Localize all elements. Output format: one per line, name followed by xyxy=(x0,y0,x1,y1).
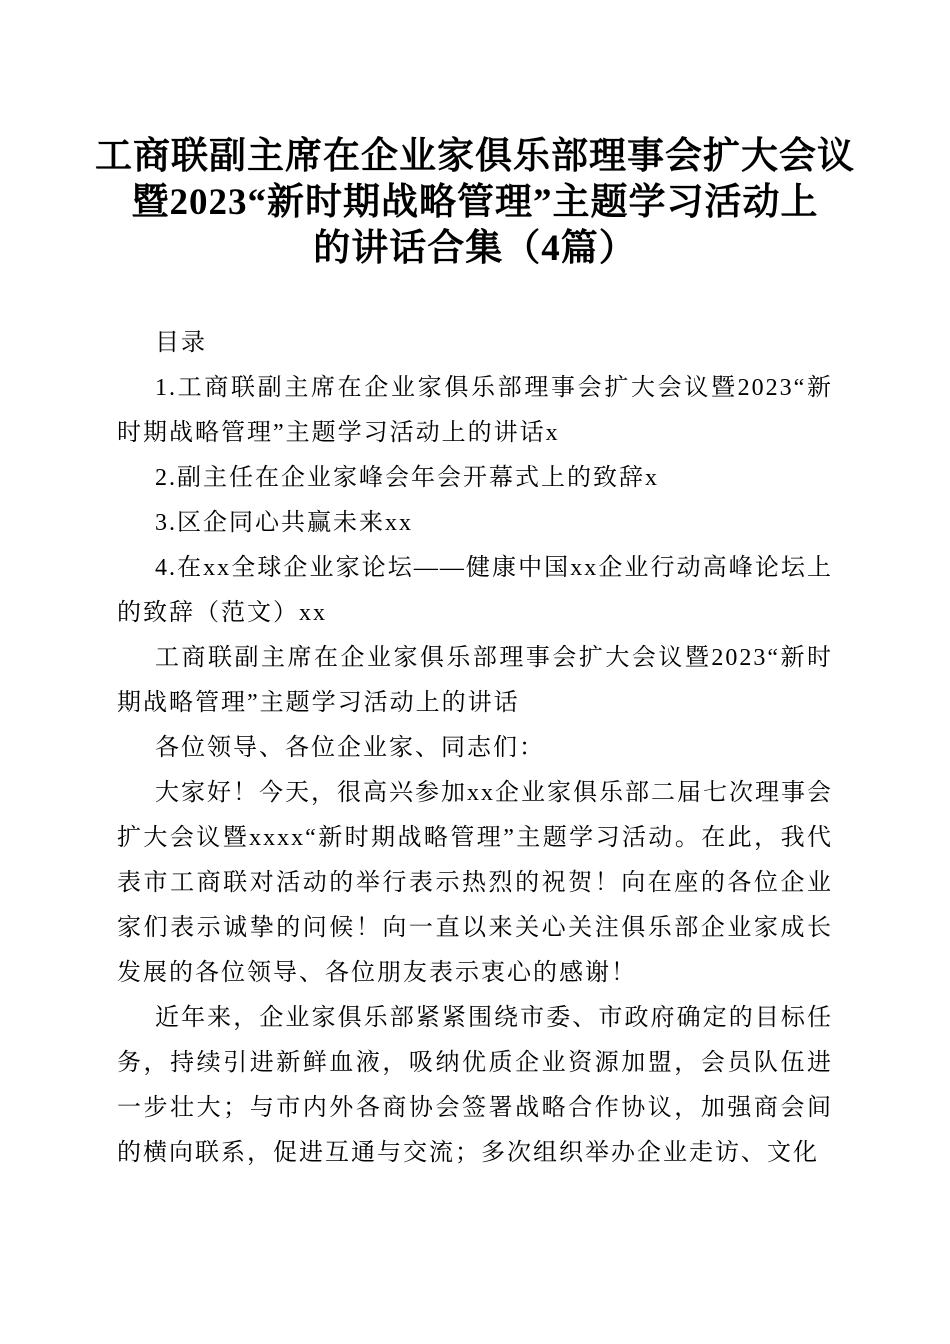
body-paragraph-heading: 工商联副主席在企业家俱乐部理事会扩大会议暨2023“新时期战略管理”主题学习活动… xyxy=(117,636,833,726)
document-body: 目录 1.工商联副主席在企业家俱乐部理事会扩大会议暨2023“新时期战略管理”主… xyxy=(0,321,950,1176)
body-paragraph-salutation: 各位领导、各位企业家、同志们： xyxy=(117,726,833,771)
document-title-line-2: 暨2023“新时期战略管理”主题学习活动上 xyxy=(60,180,890,226)
document-page: 工商联副主席在企业家俱乐部理事会扩大会议 暨2023“新时期战略管理”主题学习活… xyxy=(0,0,950,1344)
toc-item-3: 3.区企同心共赢未来xx xyxy=(117,501,833,546)
toc-heading: 目录 xyxy=(117,321,833,366)
toc-item-4: 4.在xx全球企业家论坛——健康中国xx企业行动高峰论坛上的致辞（范文）xx xyxy=(117,546,833,636)
toc-item-2: 2.副主任在企业家峰会年会开幕式上的致辞x xyxy=(117,456,833,501)
document-title-line-3: 的讲话合集（4篇） xyxy=(60,226,890,272)
toc-item-1: 1.工商联副主席在企业家俱乐部理事会扩大会议暨2023“新时期战略管理”主题学习… xyxy=(117,366,833,456)
document-title: 工商联副主席在企业家俱乐部理事会扩大会议 暨2023“新时期战略管理”主题学习活… xyxy=(0,0,950,272)
document-title-line-1: 工商联副主席在企业家俱乐部理事会扩大会议 xyxy=(60,134,890,180)
body-paragraph-greeting: 大家好！今天，很高兴参加xx企业家俱乐部二届七次理事会扩大会议暨xxxx“新时期… xyxy=(117,771,833,996)
body-paragraph-recent-years: 近年来，企业家俱乐部紧紧围绕市委、市政府确定的目标任务，持续引进新鲜血液，吸纳优… xyxy=(117,996,833,1176)
